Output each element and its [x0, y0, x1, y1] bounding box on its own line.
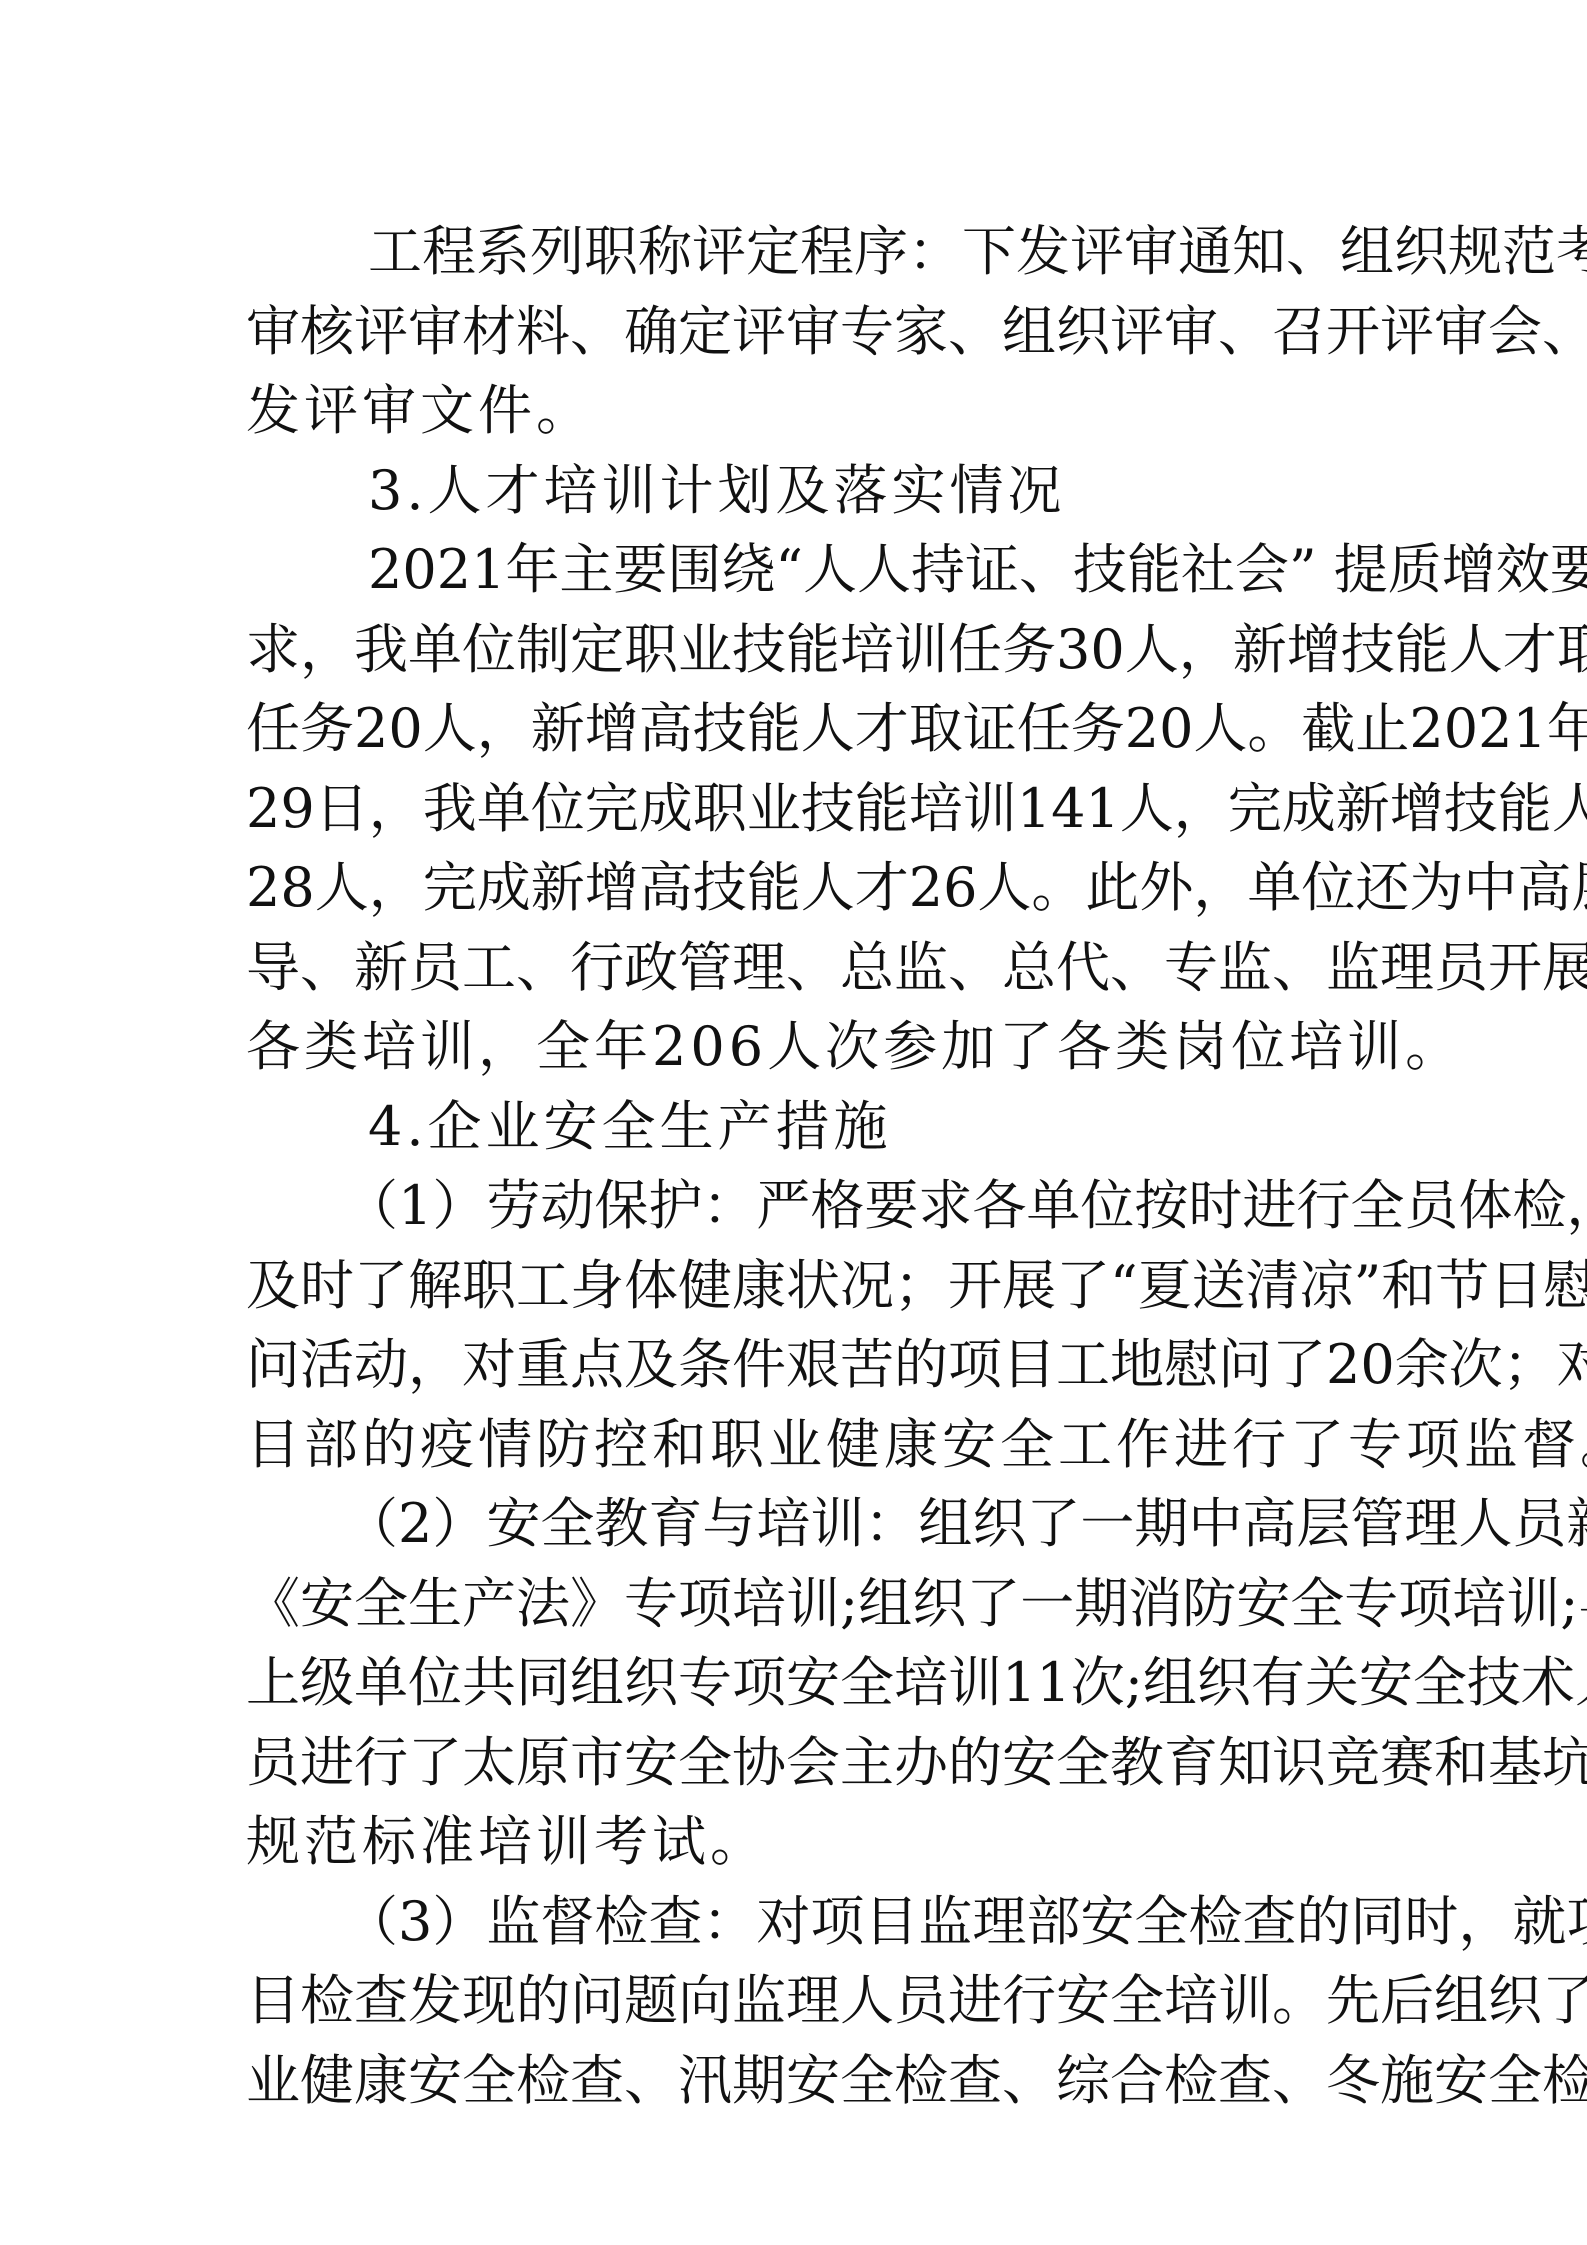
text-line: 员进行了太原市安全协会主办的安全教育知识竞赛和基坑: [246, 1723, 1356, 1803]
paragraph-supervision-inspection: （3）监督检查：对项目监理部安全检查的同时，就项 目检查发现的问题向监理人员进行…: [246, 1882, 1356, 2121]
section-heading-4: 4.企业安全生产措施: [246, 1087, 1356, 1167]
text-line: 规范标准培训考试。: [246, 1802, 1356, 1882]
text-line: 目部的疫情防控和职业健康安全工作进行了专项监督。: [246, 1405, 1356, 1485]
text-line: 目检查发现的问题向监理人员进行安全培训。先后组织了职: [246, 1961, 1356, 2041]
text-line: 上级单位共同组织专项安全培训11次;组织有关安全技术人: [246, 1643, 1356, 1723]
text-line: （2）安全教育与培训：组织了一期中高层管理人员新: [246, 1484, 1356, 1564]
text-line: 29日，我单位完成职业技能培训141人，完成新增技能人才: [246, 769, 1356, 849]
text-line: 业健康安全检查、汛期安全检查、综合检查、冬施安全检查、: [246, 2041, 1356, 2121]
paragraph-labor-protection: （1）劳动保护：严格要求各单位按时进行全员体检， 及时了解职工身体健康状况；开展…: [246, 1166, 1356, 1484]
paragraph-training-plan: 2021年主要围绕“人人持证、技能社会” 提质增效要 求，我单位制定职业技能培训…: [246, 530, 1356, 1087]
text-line: 发评审文件。: [246, 371, 1356, 451]
text-line: 工程系列职称评定程序：下发评审通知、组织规范考试、: [246, 212, 1356, 292]
paragraph-safety-education: （2）安全教育与培训：组织了一期中高层管理人员新 《安全生产法》专项培训;组织了…: [246, 1484, 1356, 1882]
text-line: 28人，完成新增高技能人才26人。此外，单位还为中高层领: [246, 848, 1356, 928]
section-heading-3: 3.人才培训计划及落实情况: [246, 451, 1356, 531]
text-line: 各类培训，全年206人次参加了各类岗位培训。: [246, 1007, 1356, 1087]
text-line: 任务20人，新增高技能人才取证任务20人。截止2021年12月: [246, 689, 1356, 769]
document-page: 工程系列职称评定程序：下发评审通知、组织规范考试、 审核评审材料、确定评审专家、…: [246, 212, 1356, 2120]
section-heading: 3.人才培训计划及落实情况: [246, 451, 1356, 531]
text-line: 《安全生产法》专项培训;组织了一期消防安全专项培训;与: [246, 1564, 1356, 1644]
text-line: （3）监督检查：对项目监理部安全检查的同时，就项: [246, 1882, 1356, 1962]
text-line: （1）劳动保护：严格要求各单位按时进行全员体检，: [246, 1166, 1356, 1246]
section-heading: 4.企业安全生产措施: [246, 1087, 1356, 1167]
paragraph-engineering-title-procedure: 工程系列职称评定程序：下发评审通知、组织规范考试、 审核评审材料、确定评审专家、…: [246, 212, 1356, 451]
text-line: 问活动，对重点及条件艰苦的项目工地慰问了20余次；对项: [246, 1325, 1356, 1405]
text-line: 及时了解职工身体健康状况；开展了“夏送清凉”和节日慰: [246, 1246, 1356, 1326]
text-line: 求，我单位制定职业技能培训任务30人，新增技能人才取证: [246, 610, 1356, 690]
text-line: 导、新员工、行政管理、总监、总代、专监、监理员开展了: [246, 928, 1356, 1008]
text-line: 审核评审材料、确定评审专家、组织评审、召开评审会、下: [246, 292, 1356, 372]
text-line: 2021年主要围绕“人人持证、技能社会” 提质增效要: [246, 530, 1356, 610]
